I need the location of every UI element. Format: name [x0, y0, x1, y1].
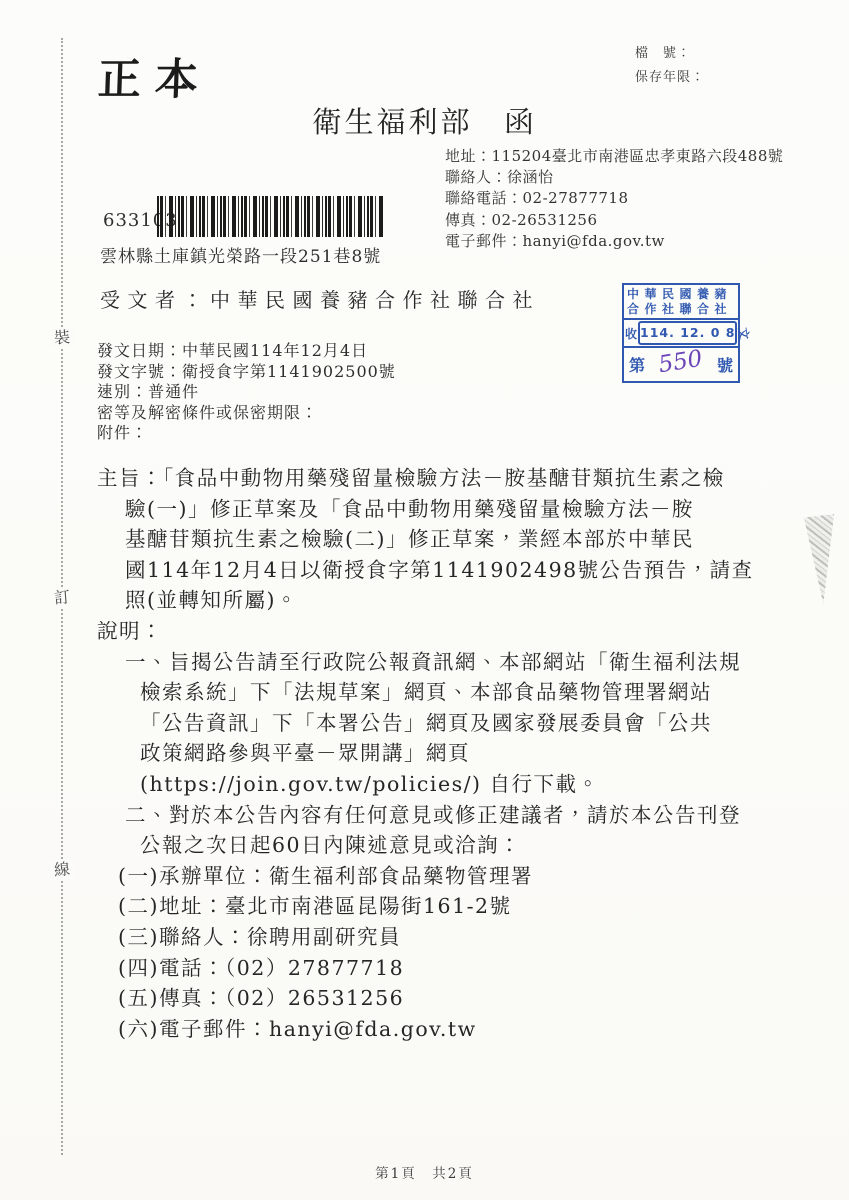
stamp-org-line2: 合作社聯合社 [627, 302, 735, 317]
contact-sub-item: (三)聯絡人：徐聘用副研究員 [118, 922, 767, 953]
scan-artifact [801, 514, 837, 604]
stamp-receive-label: 收 [625, 325, 637, 342]
sender-contact-block: 地址：115204臺北市南港區忠孝東路六段488號 聯絡人：徐涵怡 聯絡電話：0… [445, 146, 783, 252]
explanation-item2-line: 公報之次日起60日內陳述意見或洽詢： [140, 830, 767, 861]
letter-body: 主旨：「食品中動物用藥殘留量檢驗方法－胺基醣苷類抗生素之檢 驗(一)」修正草案及… [97, 463, 767, 1044]
stamp-number-prefix: 第 [629, 353, 645, 376]
stamp-number-suffix: 號 [717, 353, 733, 376]
subject-line: 照(並轉知所屬)。 [125, 585, 767, 616]
receipt-stamp: 中華民國養豬 合作社聯合社 收 114. 12. 0 8 文 第 550 號 [622, 283, 740, 383]
sender-email: 電子郵件：hanyi@fda.gov.tw [445, 231, 783, 252]
sender-address: 地址：115204臺北市南港區忠孝東路六段488號 [445, 146, 783, 167]
recipient-line: 受文者：中華民國養豬合作社聯合社 [100, 284, 540, 313]
stamp-doc-label: 文 [735, 326, 753, 340]
security-class-line: 密等及解密條件或保密期限： [97, 403, 396, 424]
subject-line: 主旨：「食品中動物用藥殘留量檢驗方法－胺基醣苷類抗生素之檢 [97, 463, 767, 494]
contact-sub-item: (二)地址：臺北市南港區昆陽街161-2號 [118, 891, 767, 922]
contact-sub-item: (一)承辦單位：衛生福利部食品藥物管理署 [118, 861, 767, 892]
sender-phone: 聯絡電話：02-27877718 [445, 188, 783, 209]
explanation-label: 說明： [97, 616, 767, 647]
explanation-item1-url-line: (https://join.gov.tw/policies/) 自行下載。 [140, 769, 767, 800]
mailing-address: 雲林縣土庫鎮光榮路一段251巷8號 [100, 242, 381, 267]
subject-line: 驗(一)」修正草案及「食品中動物用藥殘留量檢驗方法－胺 [125, 494, 767, 525]
explanation-item1-line: 「公告資訊」下「本署公告」網頁及國家發展委員會「公共 [140, 708, 767, 739]
stamp-org-line1: 中華民國養豬 [627, 287, 735, 302]
binding-mark-xian: 線 [49, 859, 75, 881]
binding-mark-ding: 訂 [49, 587, 75, 609]
issue-number-line: 發文字號：衛授食字第1141902500號 [97, 362, 396, 383]
scanned-letter-page: 裝 訂 線 正本 檔 號： 保存年限： 衛生福利部 函 地址：115204臺北市… [0, 0, 849, 1200]
issue-date-line: 發文日期：中華民國114年12月4日 [97, 341, 396, 362]
explanation-item1-line: 一、旨揭公告請至行政院公報資訊網、本部網站「衛生福利法規 [125, 647, 767, 678]
file-number-block: 檔 號： 保存年限： [635, 42, 705, 89]
document-title: 衛生福利部 函 [0, 100, 849, 141]
speed-class-line: 速別：普通件 [97, 382, 396, 403]
explanation-item1-line: 政策網路參與平臺－眾開講」網頁 [140, 738, 767, 769]
copy-type-label: 正本 [97, 46, 213, 107]
stamp-number-row: 第 550 號 [624, 348, 738, 381]
explanation-item2-line: 二、對於本公告內容有任何意見或修正建議者，請於本公告刊登 [125, 800, 767, 831]
subject-line: 基醣苷類抗生素之檢驗(二)」修正草案，業經本部於中華民 [125, 524, 767, 555]
barcode [157, 196, 385, 237]
subject-line: 國114年12月4日以衛授食字第1141902498號公告預告，請查 [125, 555, 767, 586]
contact-sub-item: (六)電子郵件：hanyi@fda.gov.tw [118, 1014, 767, 1045]
binding-mark-zhuang: 裝 [49, 327, 75, 349]
attachment-line: 附件： [97, 423, 396, 444]
file-number-label: 檔 號： [635, 42, 705, 66]
explanation-item1-line: 檢索系統」下「法規草案」網頁、本部食品藥物管理署網站 [140, 677, 767, 708]
page-number-footer: 第1頁 共2頁 [0, 1162, 849, 1182]
sender-fax: 傳真：02-26531256 [445, 210, 783, 231]
stamp-number-handwritten: 550 [657, 345, 704, 378]
retention-period-label: 保存年限： [635, 66, 705, 90]
stamp-date-row: 收 114. 12. 0 8 文 [624, 318, 738, 348]
document-meta-block: 發文日期：中華民國114年12月4日 發文字號：衛授食字第1141902500號… [97, 341, 396, 444]
contact-sub-item: (五)傳真：（02）26531256 [118, 983, 767, 1014]
contact-sub-item: (四)電話：（02）27877718 [118, 953, 767, 984]
sender-contact-person: 聯絡人：徐涵怡 [445, 167, 783, 188]
stamp-date: 114. 12. 0 8 [638, 321, 737, 345]
stamp-organization: 中華民國養豬 合作社聯合社 [624, 285, 738, 318]
